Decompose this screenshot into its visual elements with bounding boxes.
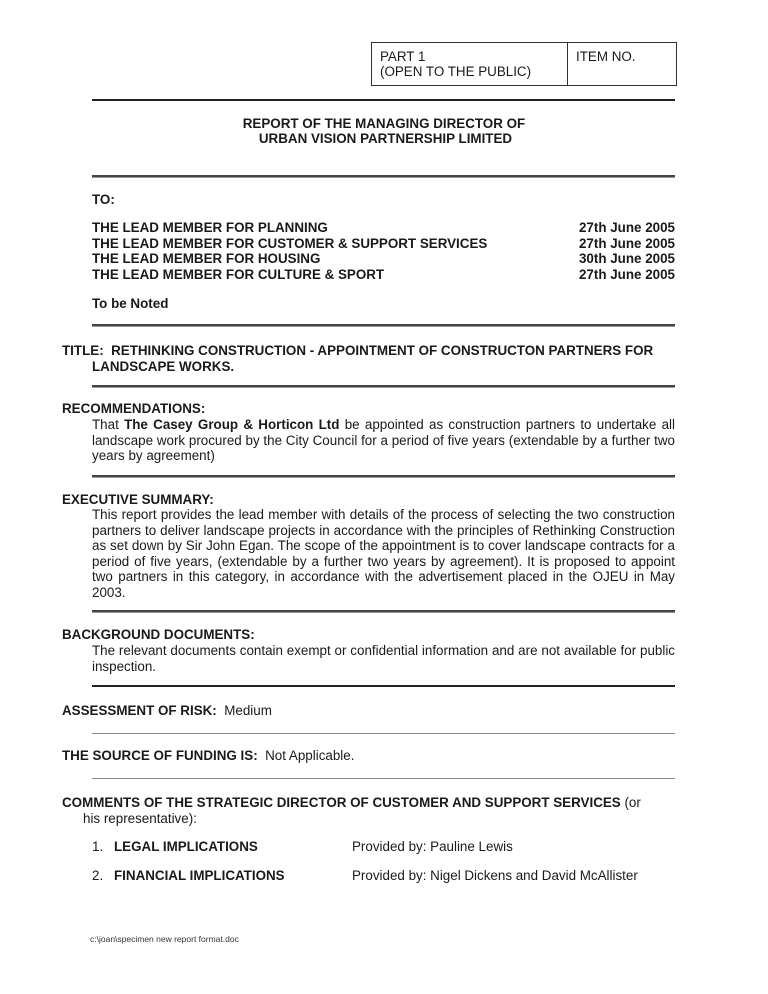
report-of-line2: URBAN VISION PARTNERSHIP LIMITED xyxy=(0,131,768,146)
divider xyxy=(92,733,675,734)
implication-number: 2. xyxy=(92,868,103,884)
recipient-date: 27th June 2005 xyxy=(579,236,675,252)
title-line2: LANDSCAPE WORKS. xyxy=(62,359,675,375)
comments-heading: COMMENTS OF THE STRATEGIC DIRECTOR OF CU… xyxy=(62,795,702,826)
report-of-line1: REPORT OF THE MANAGING DIRECTOR OF xyxy=(0,116,768,131)
implication-label: FINANCIAL IMPLICATIONS xyxy=(114,868,285,884)
executive-summary-body: This report provides the lead member wit… xyxy=(92,507,675,600)
to-label: TO: xyxy=(92,192,115,208)
recipient-date: 27th June 2005 xyxy=(579,267,675,283)
recommended-partners: The Casey Group & Horticon Ltd xyxy=(124,417,339,432)
divider xyxy=(92,99,675,101)
recipient-date: 27th June 2005 xyxy=(579,220,675,236)
recipient-name: THE LEAD MEMBER FOR CUSTOMER & SUPPORT S… xyxy=(92,236,487,252)
divider xyxy=(92,610,675,613)
title-line1: RETHINKING CONSTRUCTION - APPOINTMENT OF… xyxy=(111,343,653,358)
implication-item: 1. LEGAL IMPLICATIONS Provided by: Pauli… xyxy=(92,839,692,855)
header-box: PART 1 (OPEN TO THE PUBLIC) ITEM NO. xyxy=(371,42,677,86)
access-label: (OPEN TO THE PUBLIC) xyxy=(380,64,567,79)
recipient-date: 30th June 2005 xyxy=(579,251,675,267)
funding-value: Not Applicable. xyxy=(265,748,354,763)
divider xyxy=(92,778,675,779)
funding-label: THE SOURCE OF FUNDING IS: xyxy=(62,748,258,763)
divider xyxy=(92,385,675,388)
recipient-name: THE LEAD MEMBER FOR HOUSING xyxy=(92,251,320,267)
recipient-row: THE LEAD MEMBER FOR HOUSING 30th June 20… xyxy=(92,251,675,267)
recommendations-body: That The Casey Group & Horticon Ltd be a… xyxy=(92,417,675,464)
executive-summary-heading: EXECUTIVE SUMMARY: xyxy=(62,492,214,508)
background-documents-heading: BACKGROUND DOCUMENTS: xyxy=(62,627,255,643)
comments-heading-text: COMMENTS OF THE STRATEGIC DIRECTOR OF CU… xyxy=(62,795,621,810)
recipient-name: THE LEAD MEMBER FOR CULTURE & SPORT xyxy=(92,267,384,283)
risk-value: Medium xyxy=(224,703,272,718)
recipient-list: THE LEAD MEMBER FOR PLANNING 27th June 2… xyxy=(92,220,675,282)
implication-label: LEGAL IMPLICATIONS xyxy=(114,839,258,855)
divider xyxy=(92,324,675,327)
recipient-row: THE LEAD MEMBER FOR PLANNING 27th June 2… xyxy=(92,220,675,236)
implication-provided-by: Provided by: Pauline Lewis xyxy=(352,839,513,855)
background-documents-body: The relevant documents contain exempt or… xyxy=(92,643,675,674)
report-of: REPORT OF THE MANAGING DIRECTOR OF URBAN… xyxy=(0,116,768,146)
implication-provided-by: Provided by: Nigel Dickens and David McA… xyxy=(352,868,638,884)
part-label: PART 1 xyxy=(380,49,567,64)
implication-number: 1. xyxy=(92,839,103,855)
risk-label: ASSESSMENT OF RISK: xyxy=(62,703,217,718)
report-title: TITLE: RETHINKING CONSTRUCTION - APPOINT… xyxy=(62,343,675,374)
recipient-name: THE LEAD MEMBER FOR PLANNING xyxy=(92,220,328,236)
comments-heading-suffix: (or xyxy=(621,795,641,810)
to-be-noted: To be Noted xyxy=(92,296,168,312)
risk-assessment: ASSESSMENT OF RISK: Medium xyxy=(62,703,272,719)
recipient-row: THE LEAD MEMBER FOR CUSTOMER & SUPPORT S… xyxy=(92,236,675,252)
title-label: TITLE: xyxy=(62,343,104,358)
item-no-cell: ITEM NO. xyxy=(568,43,676,85)
divider xyxy=(92,175,675,178)
recipient-row: THE LEAD MEMBER FOR CULTURE & SPORT 27th… xyxy=(92,267,675,283)
item-no-label: ITEM NO. xyxy=(576,49,636,64)
divider xyxy=(92,475,675,478)
part-cell: PART 1 (OPEN TO THE PUBLIC) xyxy=(372,43,568,85)
recommendations-prefix: That xyxy=(92,417,124,432)
funding-source: THE SOURCE OF FUNDING IS: Not Applicable… xyxy=(62,748,354,764)
implication-item: 2. FINANCIAL IMPLICATIONS Provided by: N… xyxy=(92,868,692,884)
footer-file-path: c:\joan\specimen new report format.doc xyxy=(90,932,239,948)
recommendations-heading: RECOMMENDATIONS: xyxy=(62,401,205,417)
comments-heading-cont: his representative): xyxy=(62,811,702,827)
divider xyxy=(92,685,675,687)
